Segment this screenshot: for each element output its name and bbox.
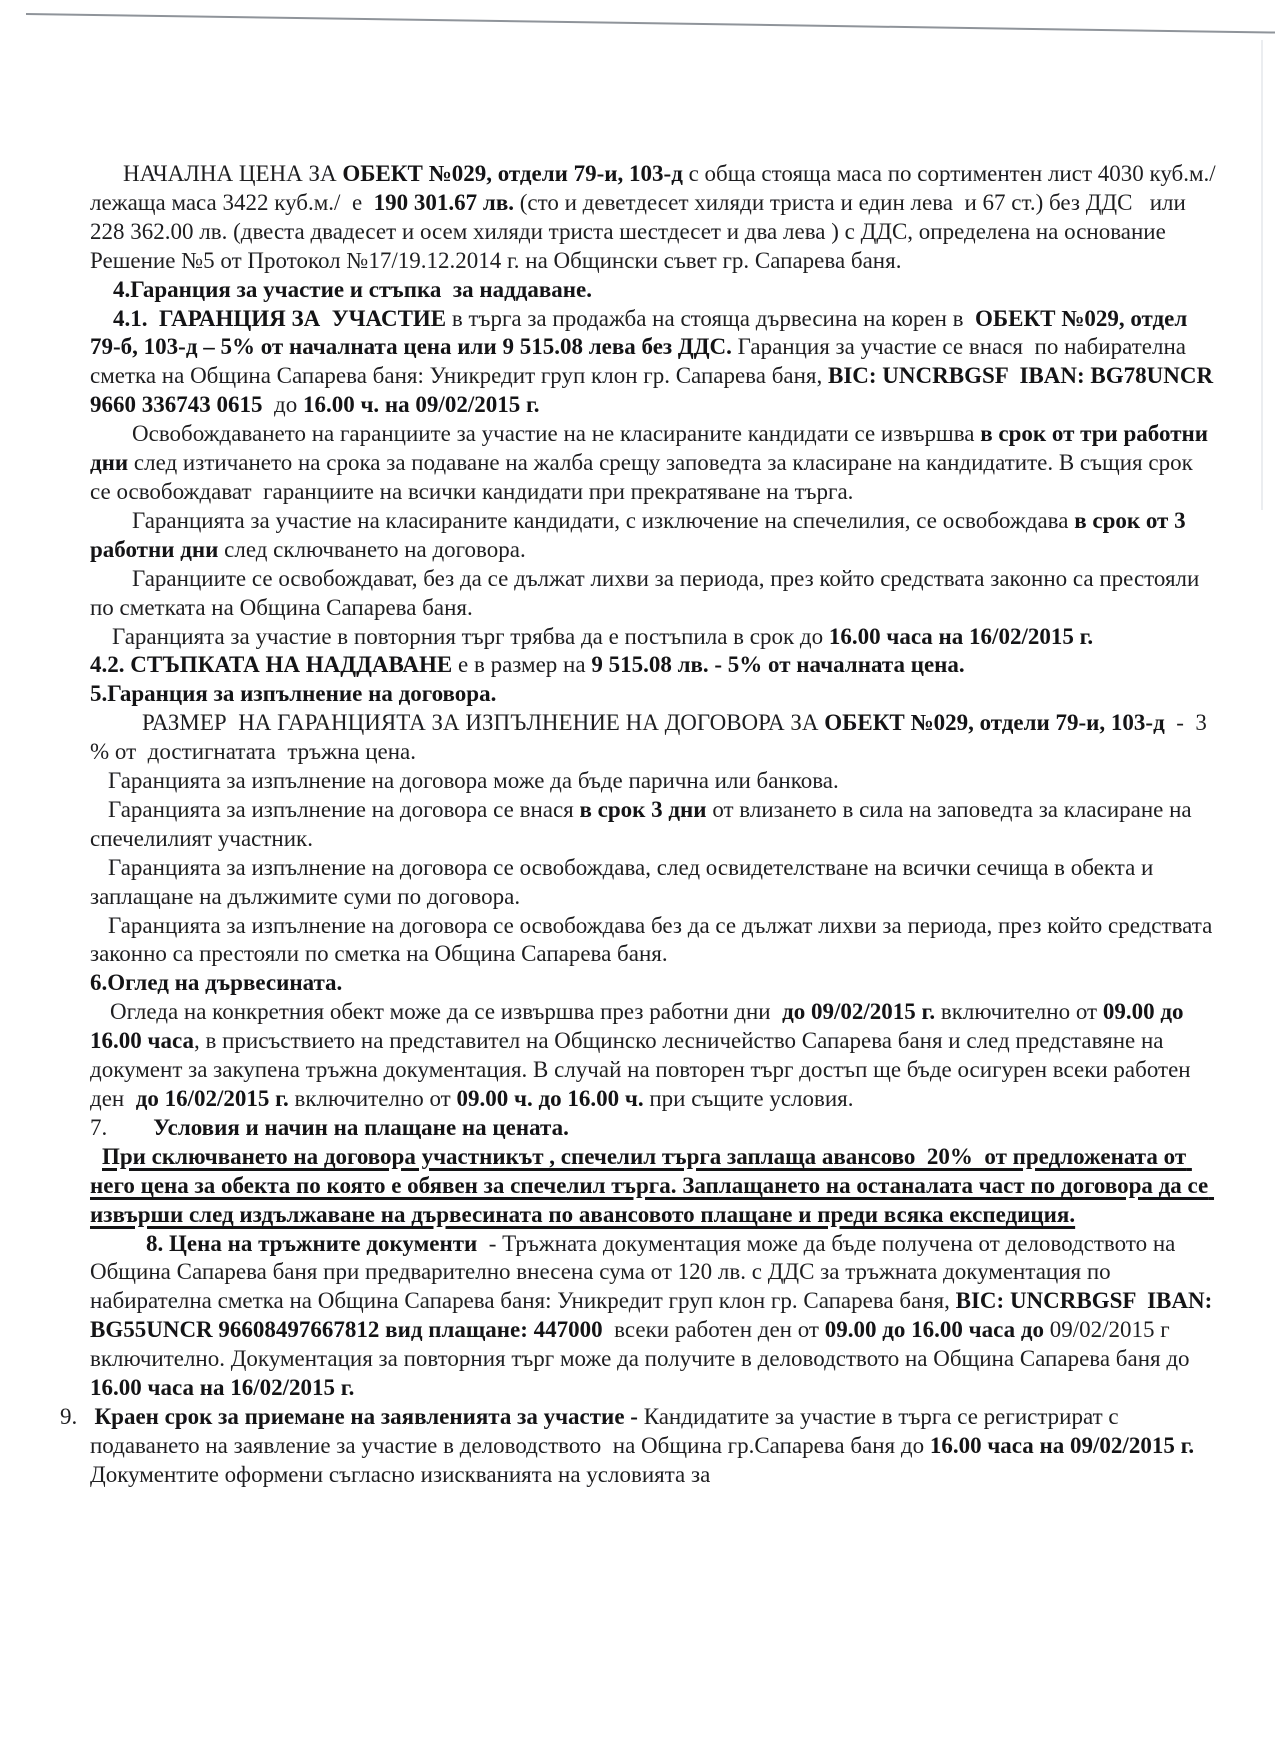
paragraph: Гаранцията за участие на класираните кан… bbox=[90, 507, 1217, 565]
scanned-page: НАЧАЛНА ЦЕНА ЗА ОБЕКТ №029, отдели 79-и,… bbox=[0, 0, 1275, 1755]
text-run: включително от bbox=[935, 999, 1103, 1024]
text-run: Гаранцията за изпълнение на договора се … bbox=[90, 913, 1218, 967]
scan-streak-artifact bbox=[1261, 40, 1263, 510]
paragraph: 4.Гаранция за участие и стъпка за наддав… bbox=[90, 276, 1217, 305]
paragraph: 7. Условия и начин на плащане на цената. bbox=[90, 1114, 1217, 1143]
text-run: при същите условия. bbox=[644, 1086, 854, 1111]
text-run: след сключването на договора. bbox=[218, 537, 525, 562]
text-run: НАЧАЛНА ЦЕНА ЗА bbox=[123, 161, 342, 186]
text-run: При сключването на договора участникът ,… bbox=[90, 1144, 1214, 1227]
paragraph: Гаранциите се освобождават, без да се дъ… bbox=[90, 565, 1217, 623]
text-run: 8. Цена на тръжните документи bbox=[146, 1231, 483, 1256]
text-run: РАЗМЕР НА ГАРАНЦИЯТА ЗА ИЗПЪЛНЕНИЕ НА ДО… bbox=[142, 710, 824, 735]
text-run: Освобождаването на гаранциите за участие… bbox=[132, 421, 980, 446]
text-run: Гаранцията за изпълнение на договора мож… bbox=[108, 768, 839, 793]
paragraph: НАЧАЛНА ЦЕНА ЗА ОБЕКТ №029, отдели 79-и,… bbox=[90, 160, 1217, 276]
text-run: 4.Гаранция за участие и стъпка за наддав… bbox=[113, 277, 592, 302]
paragraph: 4.2. СТЪПКАТА НА НАДДАВАНЕ е в размер на… bbox=[90, 651, 1217, 680]
text-run: до 16/02/2015 г. bbox=[136, 1086, 289, 1111]
text-run: след изтичането на срока за подаване на … bbox=[90, 450, 1199, 504]
paragraph: 4.1. ГАРАНЦИЯ ЗА УЧАСТИЕ в търга за прод… bbox=[90, 305, 1217, 421]
paragraph: Гаранцията за изпълнение на договора се … bbox=[90, 912, 1217, 970]
paragraph: Гаранцията за изпълнение на договора се … bbox=[90, 796, 1217, 854]
paragraph: Освобождаването на гаранциите за участие… bbox=[90, 420, 1217, 507]
text-run bbox=[107, 1115, 153, 1140]
text-run: до bbox=[263, 392, 303, 417]
text-run: 6.Оглед на дървесината. bbox=[90, 970, 342, 995]
text-run: всеки работен ден от bbox=[603, 1317, 825, 1342]
scanner-edge-artifact bbox=[26, 13, 1275, 33]
text-run: 7. bbox=[90, 1115, 107, 1140]
text-run: 190 301.67 лв. bbox=[374, 190, 514, 215]
text-run: 16.00 ч. на 09/02/2015 г. bbox=[303, 392, 540, 417]
text-run: 9. bbox=[60, 1404, 77, 1429]
text-run: 16.00 часа на 16/02/2015 г. bbox=[829, 624, 1093, 649]
paragraph: 6.Оглед на дървесината. bbox=[90, 969, 1217, 998]
paragraph: Гаранцията за участие в повторния търг т… bbox=[90, 623, 1217, 652]
text-run: Гаранцията за участие в повторния търг т… bbox=[112, 624, 829, 649]
text-run: 4.2. СТЪПКАТА НА НАДДАВАНЕ bbox=[90, 652, 452, 677]
text-run: Гаранциите се освобождават, без да се дъ… bbox=[90, 566, 1205, 620]
text-run: Гаранцията за изпълнение на договора се … bbox=[90, 855, 1159, 909]
text-run: 5.Гаранция за изпълнение на договора. bbox=[90, 681, 496, 706]
text-run: включително от bbox=[289, 1086, 457, 1111]
text-run: ОБЕКТ №029, отдели 79-и, 103-д bbox=[824, 710, 1164, 735]
paragraph: 8. Цена на тръжните документи - Тръжната… bbox=[90, 1230, 1217, 1403]
text-run: в търга за продажба на стояща дървесина … bbox=[452, 306, 975, 331]
text-run: Гаранцията за изпълнение на договора се … bbox=[108, 797, 580, 822]
text-run: 16.00 часа на 16/02/2015 г. bbox=[90, 1375, 354, 1400]
text-run: Условия и начин на плащане на цената. bbox=[153, 1115, 569, 1140]
text-run: е в размер на bbox=[452, 652, 591, 677]
text-run: 09.00 до 16.00 часа до bbox=[825, 1317, 1050, 1342]
text-run bbox=[77, 1404, 94, 1429]
text-run: Краен срок за приемане на заявленията за… bbox=[95, 1404, 644, 1429]
paragraph: 5.Гаранция за изпълнение на договора. bbox=[90, 680, 1217, 709]
text-run: 09/02/2015 г bbox=[1050, 1317, 1170, 1342]
text-run: 9 515.08 лв. - 5% от началната цена. bbox=[591, 652, 964, 677]
text-run: Огледа на конкретния обект може да се из… bbox=[110, 999, 782, 1024]
paragraph: Гаранцията за изпълнение на договора се … bbox=[90, 854, 1217, 912]
text-run: до 09/02/2015 г. bbox=[782, 999, 935, 1024]
text-run: 4.1. ГАРАНЦИЯ ЗА УЧАСТИЕ bbox=[113, 306, 452, 331]
text-run: 09.00 ч. до 16.00 ч. bbox=[457, 1086, 644, 1111]
paragraph: Гаранцията за изпълнение на договора мож… bbox=[90, 767, 1217, 796]
paragraph: Огледа на конкретния обект може да се из… bbox=[90, 998, 1217, 1114]
paragraph: 9. Краен срок за приемане на заявленията… bbox=[90, 1403, 1217, 1490]
text-run: 16.00 часа на 09/02/2015 г. bbox=[930, 1433, 1194, 1458]
text-run: в срок 3 дни bbox=[580, 797, 707, 822]
document-text: НАЧАЛНА ЦЕНА ЗА ОБЕКТ №029, отдели 79-и,… bbox=[90, 160, 1217, 1490]
paragraph: РАЗМЕР НА ГАРАНЦИЯТА ЗА ИЗПЪЛНЕНИЕ НА ДО… bbox=[90, 709, 1217, 767]
text-run: Гаранцията за участие на класираните кан… bbox=[132, 508, 1074, 533]
paragraph: При сключването на договора участникът ,… bbox=[90, 1143, 1217, 1230]
text-run: ОБЕКТ №029, отдели 79-и, 103-д bbox=[342, 161, 688, 186]
